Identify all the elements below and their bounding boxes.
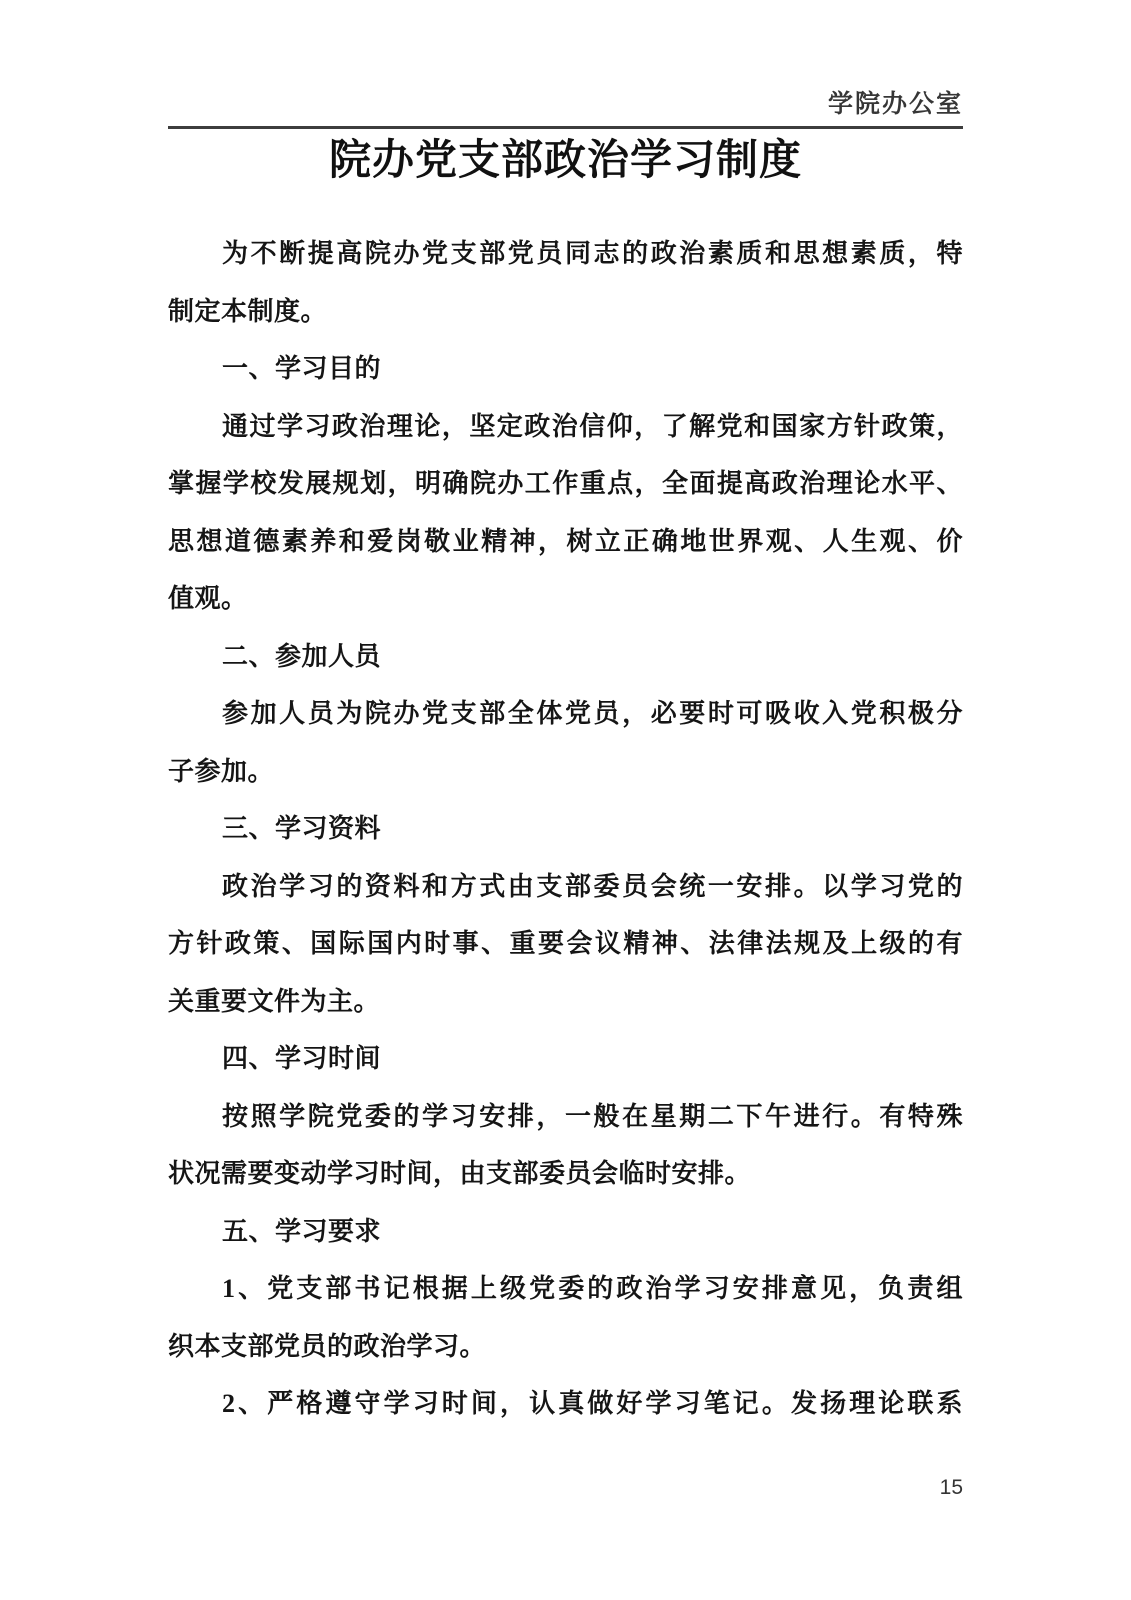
text-line: 关重要文件为主。 (168, 973, 963, 1031)
text-line: 2、严格遵守学习时间，认真做好学习笔记。发扬理论联系 (168, 1375, 963, 1433)
section-heading-line: 四、学习时间 (168, 1030, 963, 1088)
text-line: 参加人员为院办党支部全体党员，必要时可吸收入党积极分 (168, 685, 963, 743)
text-line: 子参加。 (168, 743, 963, 801)
page-title: 院办党支部政治学习制度 (168, 134, 963, 188)
text-line: 通过学习政治理论，坚定政治信仰，了解党和国家方针政策， (168, 398, 963, 456)
text-line: 掌握学校发展规划，明确院办工作重点，全面提高政治理论水平、 (168, 455, 963, 513)
page-number: 15 (168, 1476, 963, 1500)
header-rule (168, 126, 963, 129)
text-line: 织本支部党员的政治学习。 (168, 1318, 963, 1376)
text-line: 思想道德素养和爱岗敬业精神，树立正确地世界观、人生观、价 (168, 513, 963, 571)
text-line: 1、党支部书记根据上级党委的政治学习安排意见，负责组 (168, 1260, 963, 1318)
section-heading-line: 一、学习目的 (168, 340, 963, 398)
text-line: 为不断提高院办党支部党员同志的政治素质和思想素质，特 (168, 225, 963, 283)
text-line: 状况需要变动学习时间，由支部委员会临时安排。 (168, 1145, 963, 1203)
section-heading-line: 五、学习要求 (168, 1203, 963, 1261)
document-body: 为不断提高院办党支部党员同志的政治素质和思想素质，特制定本制度。一、学习目的通过… (168, 225, 963, 1433)
document-page: 学院办公室 院办党支部政治学习制度 为不断提高院办党支部党员同志的政治素质和思想… (0, 0, 1131, 1600)
text-line: 制定本制度。 (168, 283, 963, 341)
text-line: 政治学习的资料和方式由支部委员会统一安排。以学习党的 (168, 858, 963, 916)
text-line: 按照学院党委的学习安排，一般在星期二下午进行。有特殊 (168, 1088, 963, 1146)
section-heading-line: 三、学习资料 (168, 800, 963, 858)
section-heading-line: 二、参加人员 (168, 628, 963, 686)
text-line: 方针政策、国际国内时事、重要会议精神、法律法规及上级的有 (168, 915, 963, 973)
text-line: 值观。 (168, 570, 963, 628)
header-office-label: 学院办公室 (168, 84, 963, 120)
